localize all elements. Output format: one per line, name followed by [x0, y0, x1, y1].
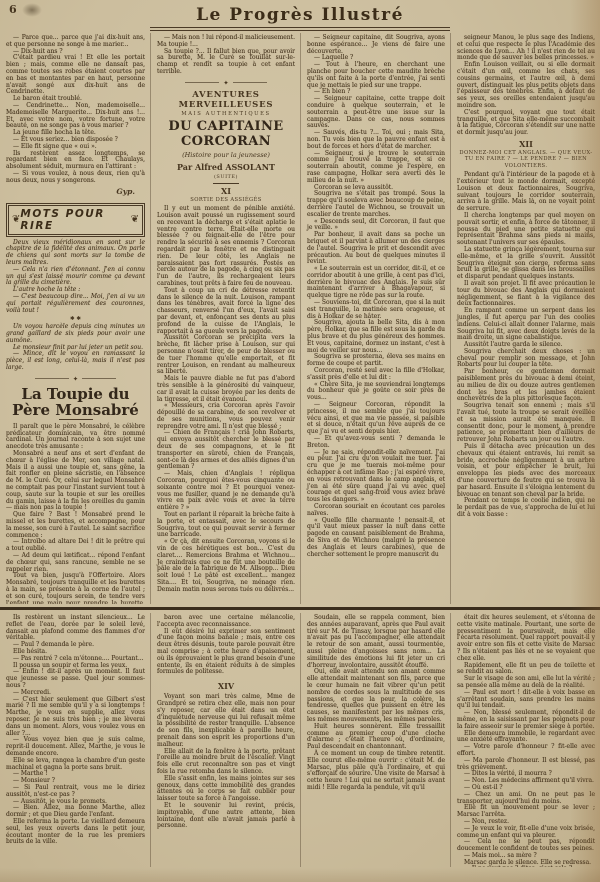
paragraph: — Bien. Allez, ma bonne Marthe, allez do…: [6, 805, 145, 819]
paragraph: Tout à coup un cri de détresse retentit …: [157, 288, 295, 336]
paragraph: Elle se leva, rangea la chambre d'un ges…: [6, 758, 145, 772]
paragraph: Tout va bien, jusqu'à l'Offertoire. Alor…: [6, 573, 145, 604]
paragraph: — Votre parole d'honneur ? fit-elle avec…: [457, 744, 595, 758]
paper-title: Le Progrès Illustré: [0, 5, 600, 25]
paragraph: Sougriva se prosterna, éleva ses mains e…: [307, 354, 445, 368]
paragraph: Corcoran, resté seul avec la fille d'Hol…: [307, 368, 445, 382]
chapter-title: DONNEZ-MOI CET ANGLAIS. — QUE VEUX-TU EN…: [459, 150, 593, 169]
toupie-story: Il paraît que le père Monsabré, le célèb…: [6, 424, 145, 604]
paragraph: Il eût désiré lui exprimer son sentiment…: [157, 629, 295, 677]
chapter-number: XII: [457, 139, 595, 149]
mots-pour-rire-banner: ❦ MOTS POUR RIRE ❦: [6, 203, 145, 237]
title-rule: [150, 27, 450, 31]
page-edge-aging: [0, 868, 600, 882]
section-divider-rule: [0, 607, 600, 610]
paragraph: seigneur Manou, le plus sage des Indiens…: [457, 35, 595, 62]
paragraph: « Chère Sita, je me souviendrai longtemp…: [307, 382, 445, 402]
paragraph: Il y eut un moment de pénible anxiété. L…: [157, 206, 295, 288]
paragraph: Elle referma la porte. Le vieillard deme…: [6, 819, 145, 846]
serial-novel-text: Soudain, elle se rappela comment, bien d…: [307, 615, 445, 792]
paragraph: — Chien de Français ! cria John Robarts,…: [157, 430, 295, 471]
article-divider: ✦: [6, 375, 145, 383]
column-3-top: — Seigneur capitaine, dit Sougriva, ayon…: [300, 33, 450, 604]
mots-anecdote-2: Un voyou harcèle depuis cinq minutes un …: [6, 324, 145, 372]
divider-ornament-icon: ✦: [69, 375, 82, 383]
paragraph: « Le souterrain est un corridor, dit-il,…: [307, 266, 445, 300]
paragraph: Pendant qu'à l'intérieur de la pagode et…: [457, 172, 595, 213]
column-1-bottom: Ils restèrent un instant silencieux... L…: [0, 613, 150, 867]
corcoran-story: seigneur Manou, le plus sage des Indiens…: [457, 35, 595, 137]
paragraph: « Or çà, dit ensuite Corcoran, voyons si…: [157, 539, 295, 593]
mots-anecdote-1: Deux vieux méridionaux en sont sur le ch…: [6, 240, 145, 315]
paragraph: — Mince, dit le voyou en ramassant la pi…: [6, 351, 145, 371]
paragraph: En rampant comme un serpent dans les jun…: [457, 308, 595, 342]
paragraph: La statuette grinça légèrement, tourna s…: [457, 247, 595, 281]
paragraph: — Et qu'avez-vous senti ? demanda le Bre…: [307, 436, 445, 450]
feuilleton-header: AVENTURES MERVEILLEUSES MAIS AUTHENTIQUE…: [157, 90, 295, 203]
paragraph: — Ad deum qui lætificat... répond l'enfa…: [6, 553, 145, 573]
column-4-bottom: était dix heures seulement, et s'étonna …: [450, 613, 600, 867]
paragraph: Elle allait de la fenêtre à la porte, pr…: [157, 749, 295, 776]
paragraph: Sa toupie ?... Il fallut bien que, pour …: [157, 49, 295, 76]
banner-left-ornament-icon: ❦: [12, 215, 20, 225]
corcoran-story: Pendant qu'à l'intérieur de la pagode et…: [457, 172, 595, 519]
column-1-top: — Parce que... parce que j'ai dix-huit a…: [0, 33, 150, 604]
author-signature: Gyp.: [6, 185, 145, 199]
corcoran-story: — Seigneur capitaine, dit Sougriva, ayon…: [307, 35, 445, 558]
column-4-top: seigneur Manou, le plus sage des Indiens…: [450, 33, 600, 604]
serial-novel-text: était dix heures seulement, et s'étonna …: [457, 615, 595, 867]
paragraph: — Cela n'a rien d'étonnant. J'en ai conn…: [6, 267, 145, 287]
paragraph: — Enfin ! dit-il après un moment. Il fau…: [6, 669, 145, 689]
chapter-rule: [213, 183, 239, 184]
paragraph: — C'est beaucoup dire... Moi, j'en ai vu…: [6, 294, 145, 314]
feature-title-main: DU CAPITAINE CORCORAN: [157, 119, 295, 149]
paragraph: — Mais non ! lui répond-il malicieusemen…: [157, 35, 295, 49]
paragraph: Puis il détacha avec précaution un des c…: [457, 444, 595, 498]
paragraph: Enfin Louison veillait, ou si elle dorma…: [457, 62, 595, 110]
paragraph: — Vous voyez bien que je suis calme, rep…: [6, 737, 145, 757]
paragraph: Oui, elle avait attendu son amant comme …: [307, 669, 445, 723]
paragraph: Il chercha longtemps par quel moyen on p…: [457, 213, 595, 247]
chapter-number: XIV: [157, 681, 295, 691]
paragraph: — C'est hier seulement que Gilbert s'est…: [6, 697, 145, 738]
paragraph: — Souviens-toi, dit Corcoran, que si la …: [307, 300, 445, 320]
paragraph: — Sauvés, dis-tu ?... Toi, oui ; mais Si…: [307, 130, 445, 150]
paragraph: — Il ne veut pas ? dites, c'est cela ?: [457, 866, 595, 867]
serial-novel-text: baron avec une certaine mélancolie, l'ac…: [157, 615, 295, 676]
headline-rule: [59, 419, 93, 420]
paragraph: — Je ne sais, répondit-elle naïvement. J…: [307, 450, 445, 504]
paragraph: — Introïbo ad altare Dei ! dit le prêtre…: [6, 539, 145, 553]
article-divider: ✦: [157, 79, 295, 87]
paragraph: Il avait son projet. Il fit avec précaut…: [457, 281, 595, 308]
paragraph: — Si vous voulez, à nous deux, rien qu'à…: [6, 171, 145, 185]
paragraph: — Non, blessé seulement, répondit-il de …: [457, 710, 595, 730]
paragraph: Pendant ce temps le coolie indien, qui n…: [457, 498, 595, 518]
chapter-title: SORTIE DES ASSIÉGÉS: [159, 197, 293, 203]
paragraph: C'était pardieu vrai ! Et elle les porta…: [6, 55, 145, 96]
feature-title-line1: AVENTURES MERVEILLEUSES: [157, 90, 295, 110]
feature-subtitle: (Histoire pour la jeunesse): [157, 151, 295, 159]
paragraph: Par bonheur, il avait dans sa poche un b…: [307, 232, 445, 266]
paragraph: Sougriva tenait son ennemi ; mais s'il l…: [457, 403, 595, 444]
paragraph: — Seigneur capitaine, dit Sougriva, ayon…: [307, 35, 445, 55]
masthead: 6 Le Progrès Illustré: [0, 0, 600, 31]
paragraph: — Tout à l'heure, en cherchant une planc…: [307, 62, 445, 89]
paragraph: Elle demeura immobile, le regardant avec…: [457, 731, 595, 745]
paragraph: Mais le pauvre diable ne fut pas d'abord…: [157, 376, 295, 403]
paragraph: — Paul est mort ! dit-elle à voix basse …: [457, 690, 595, 710]
paragraph: Et le souvenir lui revint, précis, impit…: [157, 803, 295, 830]
paragraph: Sur le visage de son ami, elle lut la vé…: [457, 676, 595, 690]
mots-pour-rire-title: MOTS POUR RIRE: [20, 208, 130, 232]
paragraph: Ils restèrent assez longtemps, se regard…: [6, 151, 145, 171]
paragraph: — Chez un ami. On ne peut pas le transpo…: [457, 792, 595, 806]
feature-author: Par Alfred ASSOLANT: [157, 162, 295, 172]
divider-ornament-icon: ✦: [219, 79, 232, 87]
paragraph: — Si Paul rentrait, vous me le diriez au…: [6, 785, 145, 799]
paragraph: « Quelle fille charmante ! pensait-il, e…: [307, 518, 445, 559]
paragraph: Tout en parlant il réparait la brèche fa…: [157, 512, 295, 539]
paragraph: Aussitôt Corcoran se précipita vers la b…: [157, 335, 295, 376]
paragraph: Deux vieux méridionaux en sont sur le ch…: [6, 240, 145, 267]
paragraph: Monsabré a neuf ans et sert d'enfant de …: [6, 451, 145, 512]
paragraph: Elle s'assit enfin, les mains jointes su…: [157, 776, 295, 803]
paragraph: « Messieurs, cria Corcoran après l'avoir…: [157, 403, 295, 430]
corcoran-story: Il y eut un moment de pénible anxiété. L…: [157, 206, 295, 593]
paragraph: — Seigneur Corcoran, répondit la princes…: [307, 402, 445, 436]
paragraph: — Parce que... parce que j'ai dix-huit a…: [6, 35, 145, 49]
feature-title-line2: MAIS AUTHENTIQUES: [157, 111, 295, 117]
paragraph: « Descends seul, dit Corcoran, il faut q…: [307, 219, 445, 233]
toupie-story-end: — Mais non ! lui répond-il malicieusemen…: [157, 35, 295, 76]
column-3-bottom: Soudain, elle se rappela comment, bien d…: [300, 613, 450, 867]
column-2-bottom: baron avec une certaine mélancolie, l'ac…: [150, 613, 300, 867]
serial-novel-text: Voyant son mari très calme, Mme de Grand…: [157, 694, 295, 830]
chapter-number: XI: [157, 186, 295, 196]
column-2-top: — Mais non ! lui répond-il malicieusemen…: [150, 33, 300, 604]
paragraph: baron avec une certaine mélancolie, l'ac…: [157, 615, 295, 629]
paragraph: Un voyou harcèle depuis cinq minutes un …: [6, 324, 145, 344]
paragraph: — Seigneur, si je trouve le souterrain c…: [307, 151, 445, 185]
paragraph: — Mais, chien d'Anglais ! répliqua Corco…: [157, 471, 295, 512]
banner-right-ornament-icon: ❦: [131, 215, 139, 225]
upper-section: — Parce que... parce que j'ai dix-huit a…: [0, 33, 600, 604]
gyp-story-end: — Parce que... parce que j'ai dix-huit a…: [6, 35, 145, 185]
page-number: 6: [9, 3, 17, 16]
paragraph: Que faire ? Bast ! Monsabré prend le mis…: [6, 512, 145, 539]
paragraph: Ils restèrent un instant silencieux... L…: [6, 615, 145, 642]
paragraph: Il paraît que le père Monsabré, le célèb…: [6, 424, 145, 451]
paragraph: — Cela ne se peut pas, répondit doucemen…: [457, 839, 595, 853]
paragraph: Huit heures sonnèrent. Elle tressaillit …: [307, 724, 445, 751]
paragraph: C'est pourquoi, voyant que tout était tr…: [457, 110, 595, 137]
newspaper-page: 6 Le Progrès Illustré — Parce que... par…: [0, 0, 600, 882]
article-headline: La Toupie du Père Monsabré: [6, 386, 145, 418]
paragraph: était dix heures seulement, et s'étonna …: [457, 615, 595, 663]
feature-suite-note: (SUITE): [157, 174, 295, 180]
paragraph: Par bonheur, ce gentleman dormait paisib…: [457, 369, 595, 403]
paragraph: Soudain, elle se rappela comment, bien d…: [307, 615, 445, 669]
paragraph: Sougriva ne s'était pas trompé. Sous la …: [307, 191, 445, 218]
paragraph: Sougriva, ajouta la belle Sita, dis à mo…: [307, 320, 445, 354]
paragraph: À ce moment un coup de timbre retentit. …: [307, 751, 445, 792]
paragraph: — Seigneur capitaine, cette trappe doit …: [307, 96, 445, 130]
paragraph: Sougriva cherchait deux choses : un chev…: [457, 349, 595, 369]
paragraph: Corcoran souriait en écoutant ces parole…: [307, 504, 445, 518]
serial-novel-text: Ils restèrent un instant silencieux... L…: [6, 615, 145, 846]
paragraph: Voyant son mari très calme, Mme de Grand…: [157, 694, 295, 748]
lower-section: Ils restèrent un instant silencieux... L…: [0, 613, 600, 867]
paragraph: Elle fit un mouvement pour se lever ; Ma…: [457, 805, 595, 819]
paragraph: — Cendrinette... Non, mademoiselle... Ma…: [6, 103, 145, 130]
